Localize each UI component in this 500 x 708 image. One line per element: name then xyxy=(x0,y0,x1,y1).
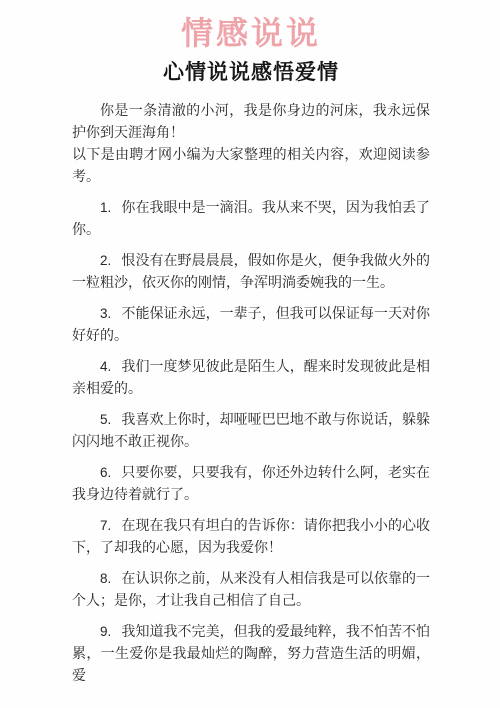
item-number: 2. xyxy=(100,253,111,268)
article-body: 你是一条清澈的小河，我是你身边的河床，我永远保护你到天涯海角！ 以下是由聘才网小… xyxy=(72,101,430,688)
page-title: 心情说说感悟爱情 xyxy=(72,59,430,85)
item-text: 我喜欢上你时，却哑哑巴巴地不敢与你说话，躲躲闪闪地不敢正视你。 xyxy=(72,413,430,450)
item-text: 我知道我不完美，但我的爱最纯粹，我不怕苦不怕累，一生爱你是我最灿烂的陶醉，努力营… xyxy=(72,625,430,684)
item-text: 只要你要，只要我有，你还外边转什么阿，老实在我身边待着就行了。 xyxy=(72,466,430,503)
intro-paragraph: 你是一条清澈的小河，我是你身边的河床，我永远保护你到天涯海角！ xyxy=(72,101,430,145)
item-number: 9. xyxy=(100,624,111,639)
item-number: 1. xyxy=(100,200,111,215)
document-page: 情感说说 心情说说感悟爱情 你是一条清澈的小河，我是你身边的河床，我永远保护你到… xyxy=(0,0,500,708)
item-number: 3. xyxy=(100,306,111,321)
list-item: 3.不能保证永远，一辈子，但我可以保证每一天对你好好的。 xyxy=(72,303,430,348)
item-number: 6. xyxy=(100,465,111,480)
list-item: 5.我喜欢上你时，却哑哑巴巴地不敢与你说话，躲躲闪闪地不敢正视你。 xyxy=(72,409,430,454)
item-number: 7. xyxy=(100,518,111,533)
list-item: 8.在认识你之前，从来没有人相信我是可以依靠的一个人；是你，才让我自己相信了自己… xyxy=(72,568,430,613)
list-item: 9.我知道我不完美，但我的爱最纯粹，我不怕苦不怕累，一生爱你是我最灿烂的陶醉，努… xyxy=(72,621,430,688)
intro-source-note: 以下是由聘才网小编为大家整理的相关内容，欢迎阅读参考。 xyxy=(72,145,430,189)
site-logo: 情感说说 xyxy=(72,16,430,50)
item-number: 5. xyxy=(100,412,111,427)
item-text: 在认识你之前，从来没有人相信我是可以依靠的一个人；是你，才让我自己相信了自己。 xyxy=(72,572,430,609)
item-text: 我们一度梦见彼此是陌生人，醒来时发现彼此是相亲相爱的。 xyxy=(72,360,430,397)
item-number: 8. xyxy=(100,571,111,586)
item-text: 恨没有在野晨晨晨，假如你是火，便争我做火外的一粒粗沙，依灭你的刚情，争浑明淌委婉… xyxy=(72,254,430,291)
list-item: 7.在现在我只有坦白的告诉你：请你把我小小的心收下，了却我的心愿，因为我爱你！ xyxy=(72,515,430,560)
item-text: 不能保证永远，一辈子，但我可以保证每一天对你好好的。 xyxy=(72,307,430,344)
item-text: 你在我眼中是一滴泪。我从来不哭，因为我怕丢了你。 xyxy=(72,201,430,238)
item-text: 在现在我只有坦白的告诉你：请你把我小小的心收下，了却我的心愿，因为我爱你！ xyxy=(72,519,430,556)
list-item: 2.恨没有在野晨晨晨，假如你是火，便争我做火外的一粒粗沙，依灭你的刚情，争浑明淌… xyxy=(72,250,430,295)
list-item: 6.只要你要，只要我有，你还外边转什么阿，老实在我身边待着就行了。 xyxy=(72,462,430,507)
item-number: 4. xyxy=(100,359,111,374)
list-item: 4.我们一度梦见彼此是陌生人，醒来时发现彼此是相亲相爱的。 xyxy=(72,356,430,401)
list-item: 1.你在我眼中是一滴泪。我从来不哭，因为我怕丢了你。 xyxy=(72,197,430,242)
